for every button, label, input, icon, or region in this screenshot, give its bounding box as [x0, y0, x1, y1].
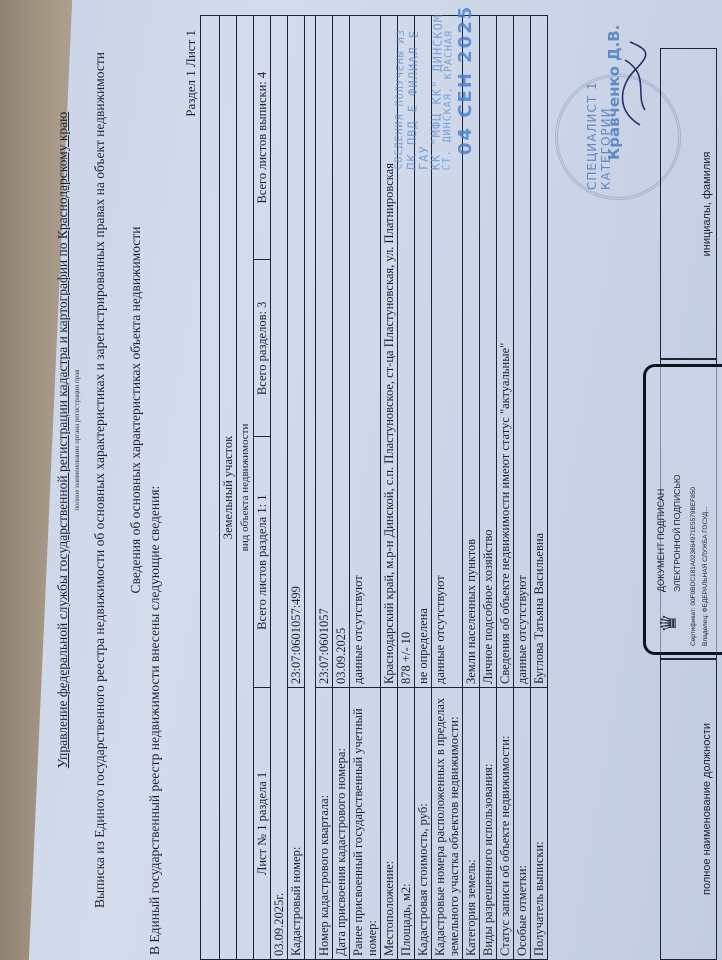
name-caption: инициалы, фамилия	[701, 49, 713, 359]
ecp-certificate: Сертификат: 00F0BDC181A0238649​71E5579BE…	[690, 487, 697, 646]
field-label: Особые отметки:	[514, 688, 531, 960]
field-label: Статус записи об объекте недвижимости:	[497, 688, 514, 960]
position-cell: полное наименование должности	[660, 658, 717, 960]
field-label: Ранее присвоенный государственный учетны…	[350, 688, 381, 960]
field-label: Категория земель:	[463, 688, 480, 960]
ecp-title: ДОКУМЕНТ ПОДПИСАН	[656, 489, 666, 592]
field-value: Личное подсобное хозяйство	[480, 16, 497, 688]
mfc-stamp: СВЕДЕНИЯ ПОЛУЧЕНЫ ИЗ ПК ПВД Е ФИЛИАЛ Е Г…	[394, 0, 457, 171]
field-label: Кадастровые номера расположенных в преде…	[432, 688, 463, 960]
object-type-caption: вид объекта недвижимости	[237, 16, 254, 960]
field-label: Получатель выписки:	[531, 688, 548, 960]
electronic-signature-box: ♛ ДОКУМЕНТ ПОДПИСАН ЭЛЕКТРОННОЙ ПОДПИСЬЮ…	[643, 364, 722, 655]
coat-of-arms-icon: ♛	[654, 608, 684, 638]
field-label: Номер кадастрового квартала:	[316, 688, 333, 960]
sections-total: Всего разделов: 3	[254, 260, 271, 437]
section-title: Сведения об основных характеристиках объ…	[128, 60, 144, 760]
name-cell: инициалы, фамилия	[660, 48, 717, 360]
intro-text: В Единый государственный реестр недвижим…	[147, 486, 163, 955]
field-value: данные отсутствуют	[350, 16, 381, 688]
ecp-subtitle: ЭЛЕКТРОННОЙ ПОДПИСЬЮ	[672, 475, 682, 593]
ecp-owner: Владелец: ФЕДЕРАЛЬНАЯ СЛУЖБА ГОСУД...	[702, 506, 709, 646]
handwritten-signature	[610, 40, 660, 130]
document-page: Управление федеральной службы государств…	[0, 0, 722, 960]
field-value: Буглова Татьяна Васильевна	[531, 16, 548, 688]
section-sheet-label: Раздел 1 Лист 1	[183, 30, 199, 117]
field-label: Кадастровый номер:	[288, 688, 305, 960]
mfc-stamp-date: 04 СЕН 2025	[455, 5, 476, 155]
extract-date: 03.09.2025г.	[271, 16, 288, 960]
field-label: Дата присвоения кадастрового номера:	[333, 688, 350, 960]
sheets-in-section: Всего листов раздела 1: 1	[254, 437, 271, 688]
field-value: 23:07:0601057:499	[288, 16, 305, 688]
field-value: 23:07:0601057	[316, 16, 333, 688]
field-label: Местоположение:	[381, 688, 398, 960]
field-value: данные отсутствуют	[514, 16, 531, 688]
position-caption: полное наименование должности	[701, 659, 713, 959]
sheet-number: Лист № 1 раздела 1	[254, 688, 271, 960]
object-type: Земельный участок	[220, 16, 237, 960]
field-value: 03.09.2025	[333, 16, 350, 688]
extract-title: Выписка из Единого государственного реес…	[92, 40, 108, 920]
field-label: Площадь, м2:	[398, 688, 415, 960]
field-label: Виды разрешенного использования:	[480, 688, 497, 960]
field-label: Кадастровая стоимость, руб:	[415, 688, 432, 960]
agency-caption: полное наименование органа регистрации п…	[73, 90, 81, 790]
sheets-total: Всего листов выписки: 4	[254, 16, 271, 260]
main-table: Земельный участок вид объекта недвижимос…	[200, 15, 548, 960]
agency-name: Управление федеральной службы государств…	[55, 90, 71, 790]
spacer	[305, 16, 316, 960]
field-value: Сведения об объекте недвижимости имеют с…	[497, 16, 514, 688]
blank-row	[201, 16, 220, 960]
